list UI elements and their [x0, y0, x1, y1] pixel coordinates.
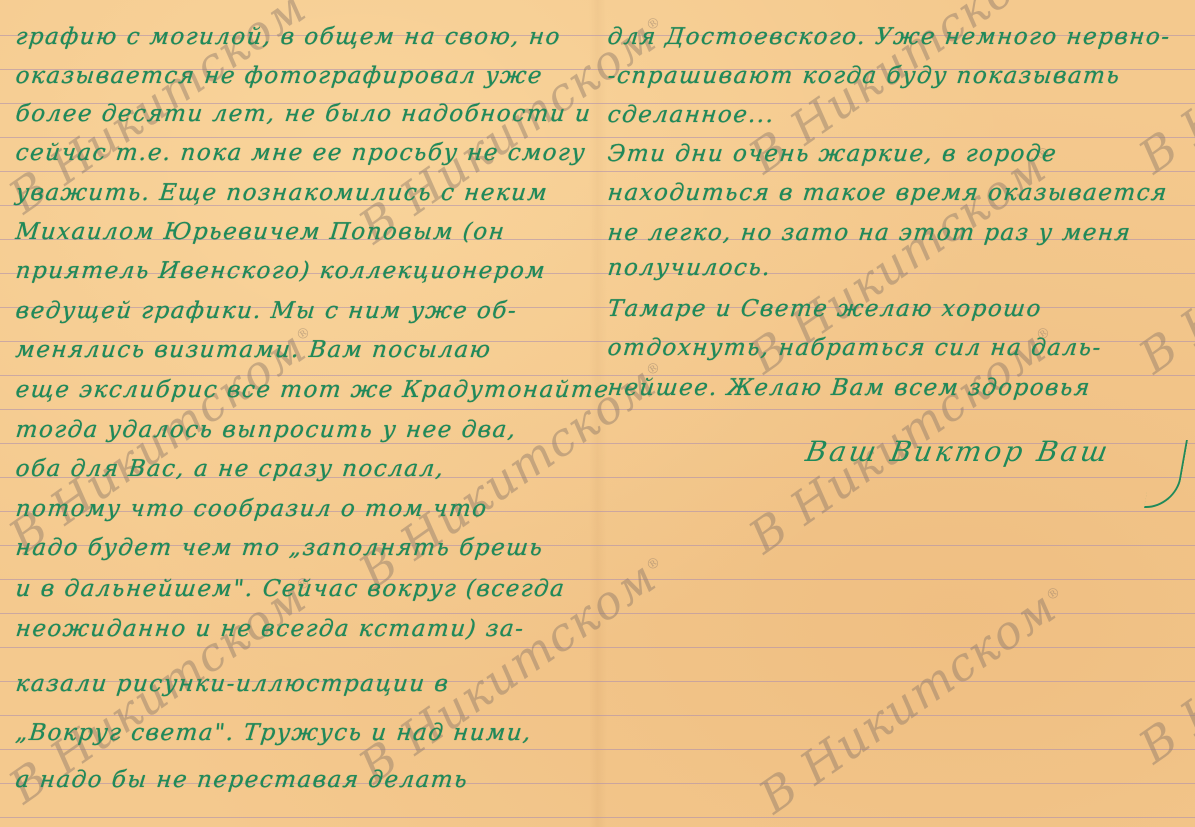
text-line: нейшее. Желаю Вам всем здоровья	[606, 371, 1093, 405]
text-line: находиться в такое время оказывается	[606, 176, 1170, 210]
text-line: сейчас т.е. пока мне ее просьбу не смогу	[14, 136, 588, 170]
text-line: Тамаре и Свете желаю хорошо	[606, 292, 1044, 326]
text-line: „Вокруг света". Тружусь и над ними,	[14, 716, 534, 750]
signature: Ваш Виктор Ваш	[802, 432, 1113, 472]
text-line: казали рисунки-иллюстрации в	[14, 667, 451, 701]
text-line: более десяти лет, не было надобности и	[14, 97, 593, 131]
text-line: а надо бы не переставая делать	[14, 763, 470, 797]
text-line: надо будет чем то „заполнять брешь	[14, 531, 545, 565]
text-line: графию с могилой, в общем на свою, но	[14, 20, 563, 54]
text-line: приятель Ивенского) коллекционером	[14, 254, 548, 288]
text-line: оба для Вас, а не сразу послал,	[14, 452, 446, 486]
text-line: не легко, но зато на этот раз у меня	[606, 216, 1133, 250]
text-line: еще экслибрис все тот же Крадутонайте	[14, 373, 611, 407]
text-line: и в дальнейшем". Сейчас вокруг (всегда	[14, 572, 567, 606]
text-line: получилось.	[606, 251, 773, 285]
text-line: неожиданно и не всегда кстати) за-	[14, 612, 526, 646]
text-line: уважить. Еще познакомились с неким	[14, 176, 550, 210]
text-line: ведущей графики. Мы с ним уже об-	[14, 294, 519, 328]
text-line: оказывается не фотографировал уже	[14, 59, 545, 93]
text-line: отдохнуть, набраться сил на даль-	[606, 331, 1104, 365]
text-line: потому что сообразил о том что	[14, 492, 489, 526]
text-line: Эти дни очень жаркие, в городе	[606, 137, 1059, 171]
text-line: для Достоевского. Уже немного нервно-	[606, 20, 1172, 54]
letter-page: В Никитском® В Никитском® В Никитском® В…	[0, 0, 1195, 827]
text-line: сделанное...	[606, 98, 777, 132]
text-line: тогда удалось выпросить у нее два,	[14, 413, 518, 447]
text-line: менялись визитами. Вам посылаю	[14, 333, 493, 367]
text-line: -спрашивают когда буду показывать	[606, 59, 1122, 93]
text-line: Михаилом Юрьевичем Поповым (он	[14, 215, 507, 249]
